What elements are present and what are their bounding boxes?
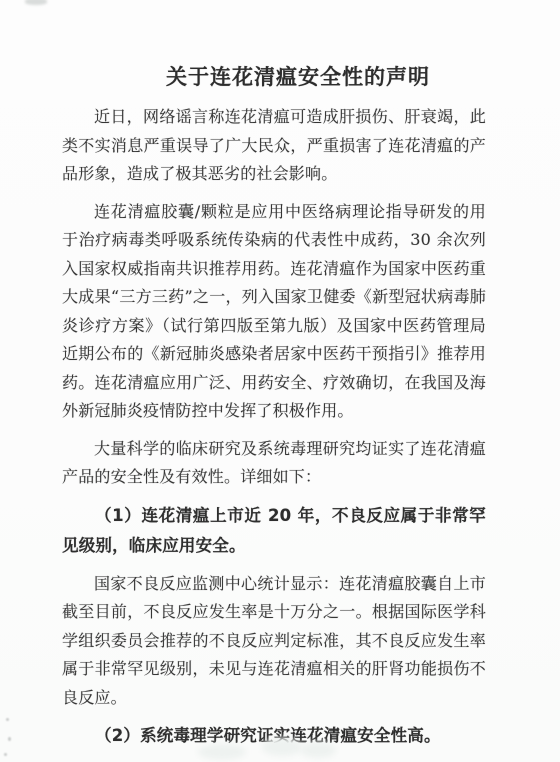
section-heading-1: （1）连花清瘟上市近 20 年，不良反应属于非常罕见级别，临床应用安全。	[62, 501, 486, 561]
scanned-statement-page: 关于连花清瘟安全性的声明 近日，网络谣言称连花清瘟可造成肝损伤、肝衰竭，此类不实…	[0, 0, 560, 762]
paragraph-adverse-reaction-stats: 国家不良反应监测中心统计显示：连花清瘟胶囊自上市截至目前，不良反应发生率是十万分…	[62, 570, 486, 713]
paragraph-research-summary: 大量科学的临床研究及系统毒理研究均证实了连花清瘟产品的安全性及有效性。详细如下：	[62, 435, 486, 492]
scan-speck-icon	[4, 753, 7, 756]
scan-smudge-bottom-icon	[198, 744, 246, 760]
scan-smudge-bottom-icon	[262, 738, 302, 756]
scan-speck-icon	[8, 737, 11, 741]
paragraph-rumor-intro: 近日，网络谣言称连花清瘟可造成肝损伤、肝衰竭，此类不实消息严重误导了广大民众，严…	[62, 103, 486, 189]
scan-speck-icon	[6, 718, 9, 721]
scan-smudge-top-icon	[25, 0, 47, 5]
scan-smudge-bottom-icon	[300, 742, 336, 758]
page-title: 关于连花清瘟安全性的声明	[86, 64, 510, 90]
paragraph-product-background: 连花清瘟胶囊/颗粒是应用中医络病理论指导研发的用于治疗病毒类呼吸系统传染病的代表…	[62, 198, 486, 426]
statement-content: 关于连花清瘟安全性的声明 近日，网络谣言称连花清瘟可造成肝损伤、肝衰竭，此类不实…	[62, 64, 486, 760]
